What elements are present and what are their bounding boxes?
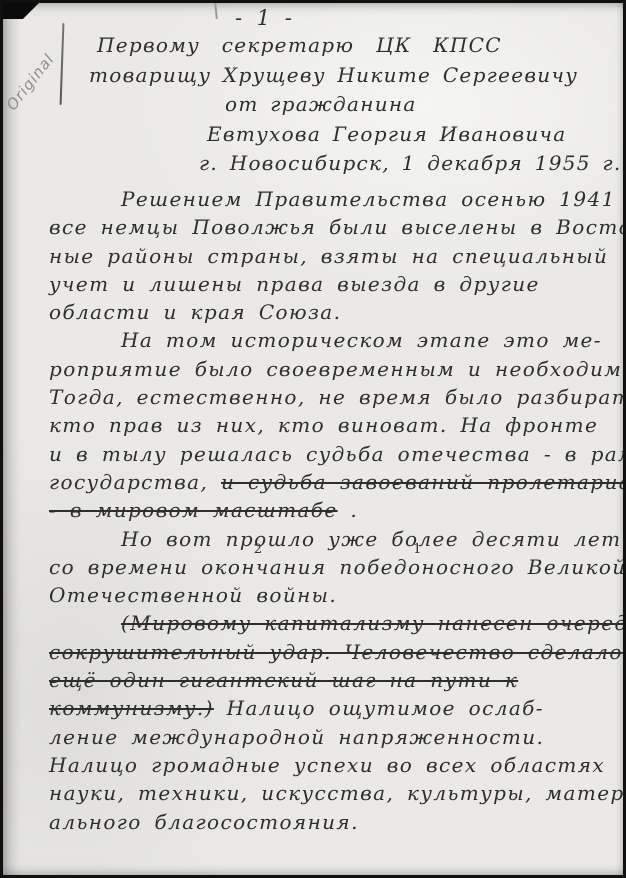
addressee-name-line: товарищу Хрущеву Никите Сергеевичу: [3, 63, 623, 93]
text-segment: Но вот прошло уже более десяти лет: [121, 527, 621, 551]
text-segment: Тогда, естественно, не время было разбир…: [49, 385, 626, 409]
text-segment: все немцы Поволжья были выселены в Восто…: [49, 215, 626, 239]
text-segment: роприятие было своевременным и необходим…: [49, 357, 626, 381]
handwritten-line: государства, и судьба завоеваний пролета…: [49, 470, 615, 498]
handwritten-line: ещё один гигантский шаг на пути к: [49, 668, 615, 696]
sender-prefix-line: от гражданина: [3, 92, 623, 122]
text-segment: и в тылу решалась судьба отечества - в р…: [49, 442, 626, 466]
text-segment: области и края Союза.: [49, 300, 341, 324]
text-segment: Решением Правительства осенью 1941 г: [121, 187, 626, 211]
place-date-line: г. Новосибирск, 1 декабря 1955 г.: [3, 151, 623, 181]
handwritten-line: сокрушительный удар. Человечество сделал…: [49, 640, 615, 668]
struck-text-segment: (Мировому капитализму нанесен очередной: [121, 611, 626, 635]
handwritten-line: ление международной напряженности.: [49, 725, 615, 753]
handwritten-line: ные районы страны, взяты на специальный: [49, 244, 615, 272]
handwritten-line: коммунизму.) Налицо ощутимое ослаб-: [49, 696, 615, 724]
handwritten-line: и в тылу решалась судьба отечества - в р…: [49, 442, 615, 470]
text-segment: На том историческом этапе это ме-: [121, 328, 602, 352]
handwritten-line: учет и лишены права выезда в другие: [49, 272, 615, 300]
handwritten-line: Тогда, естественно, не время было разбир…: [49, 385, 615, 413]
handwritten-line: ального благосостояния.: [49, 810, 615, 838]
text-segment: Налицо ощутимое ослаб-: [214, 696, 544, 720]
scanned-letter-page: Original - 1 - Первому секретарю ЦК КПСС…: [0, 0, 626, 878]
text-segment: государства,: [49, 470, 221, 494]
struck-text-segment: коммунизму.): [49, 696, 214, 720]
text-segment: ные районы страны, взяты на специальный: [49, 244, 608, 268]
handwritten-line: - в мировом масштабе .: [49, 498, 615, 526]
sender-name-line: Евтухова Георгия Ивановича: [3, 122, 623, 152]
letter-body: Решением Правительства осенью 1941 гвсе …: [49, 187, 615, 838]
text-segment: ление международной напряженности.: [49, 725, 544, 749]
text-segment: учет и лишены права выезда в другие: [49, 272, 540, 296]
handwritten-line: роприятие было своевременным и необходим…: [49, 357, 615, 385]
text-segment: Налицо громадные успехи во всех областях: [49, 753, 605, 777]
struck-text-segment: - в мировом масштабе: [49, 498, 338, 522]
handwritten-line: Но вот прошло уже более десяти лет: [49, 527, 615, 555]
handwritten-line: области и края Союза.: [49, 300, 615, 328]
text-segment: науки, техники, искусства, культуры, мат…: [49, 781, 626, 805]
text-segment: ального благосостояния.: [49, 810, 359, 834]
page-number: - 1 -: [235, 6, 296, 30]
text-segment: окончания2: [201, 555, 326, 579]
struck-text-segment: сокрушительный удар. Человечество сделал…: [49, 640, 623, 664]
handwritten-line: Отечественной войны.: [49, 583, 615, 611]
reorder-number-mark: 1: [413, 542, 421, 557]
text-segment: кто прав из них, кто виноват. На фронте: [49, 413, 598, 437]
handwritten-line: (Мировому капитализму нанесен очередной: [49, 611, 615, 639]
addressee-title-line: Первому секретарю ЦК КПСС: [3, 33, 623, 63]
reorder-number-mark: 2: [254, 542, 262, 557]
text-segment: .: [338, 498, 359, 522]
top-edge-mark: [214, 3, 218, 19]
text-segment: Великой: [515, 555, 626, 579]
handwritten-line: Решением Правительства осенью 1941 г: [49, 187, 615, 215]
text-segment: победоносного1: [339, 555, 515, 579]
text-segment: Отечественной войны.: [49, 583, 337, 607]
handwritten-line: кто прав из них, кто виноват. На фронте: [49, 413, 615, 441]
letter-header: Первому секретарю ЦК КПСС товарищу Хруще…: [3, 33, 623, 181]
handwritten-line: Налицо громадные успехи во всех областях: [49, 753, 615, 781]
struck-text-segment: и судьба завоеваний пролетариата: [221, 470, 626, 494]
handwritten-line: все немцы Поволжья были выселены в Восто…: [49, 215, 615, 243]
handwritten-line: науки, техники, искусства, культуры, мат…: [49, 781, 615, 809]
scan-corner-artifact: [2, 2, 40, 19]
handwritten-line: На том историческом этапе это ме-: [49, 328, 615, 356]
struck-text-segment: ещё один гигантский шаг на пути к: [49, 668, 518, 692]
text-segment: со времени: [49, 555, 201, 579]
text-segment: [327, 555, 340, 579]
handwritten-line: со времени окончания2 победоносного1 Вел…: [49, 555, 615, 583]
